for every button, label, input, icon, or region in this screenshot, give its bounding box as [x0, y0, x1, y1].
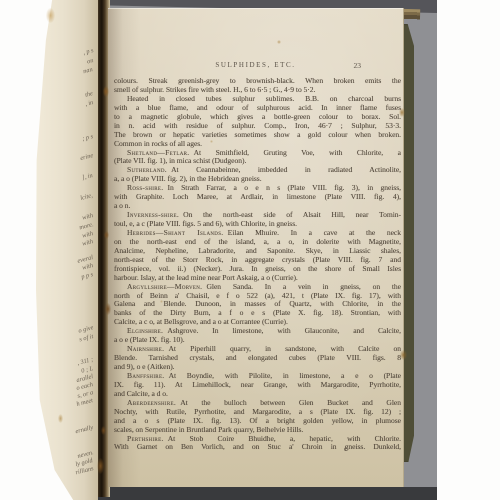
text-line: a o n. — [114, 202, 401, 211]
text-line: to a magnetic globule, which gives a bot… — [114, 113, 401, 122]
text-line: Hebrides—Shiant Islands. Eilan Mhuire. I… — [114, 229, 401, 238]
text-line: banks of the Dirty Burn, a f o e s (Plat… — [114, 309, 401, 318]
leaf-text-fragment: erine — [79, 152, 93, 162]
text-line: scales, on Serpentine in Bruntland Park … — [114, 426, 401, 435]
text-line: harbour. Islay, at the lead mine near Po… — [114, 274, 401, 283]
text-line: a o e (Plate IX. fig. 10). — [114, 336, 401, 345]
leaf-text-fragment: lcite, — [80, 192, 94, 202]
text-line: a, a o (Plate VIII. fig. 2), in the Hebr… — [114, 175, 401, 184]
foxing-spot — [160, 300, 163, 303]
turned-leaf: , p sonnanthe, in; p serine], inlcite,wi… — [36, 0, 98, 500]
text-line: Blende. Tarnished crystals, and elongate… — [114, 354, 401, 363]
text-line: Shetland—Fetlar. At Smithfield, Gruting … — [114, 149, 401, 158]
text-line: With Garnet on Ben Vorlich, and on Stuc … — [114, 443, 401, 452]
text-line: Galena and Blende. Dunoon, in masses of … — [114, 300, 401, 309]
signature-mark: c — [344, 445, 347, 453]
foxing-spot — [210, 140, 213, 143]
leaf-text-fragment: nan — [83, 66, 94, 75]
foxing-spot — [46, 8, 55, 23]
county-heading: Ross-shire. — [127, 184, 168, 192]
text-line: Inverness-shire. On the north-east side … — [114, 211, 401, 220]
text-line: on the north-east end of the island, a, … — [114, 238, 401, 247]
text-line: Ross-shire. In Strath Farrar, a o e n s … — [114, 184, 401, 193]
text-line: Banffshire. At Boyndie, with Pilolite, i… — [114, 372, 401, 381]
foxing-spot — [97, 458, 104, 474]
text-line: with Graphite. Loch Maree, at Ardlair, i… — [114, 193, 401, 202]
text-line: Perthshire. At Stob Coire Bhuidhe, a, he… — [114, 435, 401, 444]
county-heading: Shetland—Fetlar. — [127, 149, 194, 157]
text-line: and 9), o e (Aitken). — [114, 363, 401, 372]
page-number: 23 — [354, 61, 362, 70]
foxing-spot — [277, 40, 281, 44]
leaf-text-fragment: ; p s — [81, 133, 93, 142]
leaf-text-fragment: s of it — [78, 333, 93, 343]
text-line: and a o s (Plate IX. fig. 13). Of a brig… — [114, 417, 401, 426]
foxing-spot — [105, 303, 111, 315]
leaf-text-fragment: p p s — [80, 271, 93, 281]
county-heading: Banffshire. — [127, 372, 169, 380]
text-line: and Calcite, a d o. — [114, 390, 401, 399]
text-line: Calcite, a c o, at Bellsgrove, and a o a… — [114, 318, 401, 327]
leaf-text-fragment: ], in — [82, 172, 94, 181]
text-line: smell of sulphur. Strikes fire with stee… — [114, 86, 401, 95]
leaf-text-fragment: , p s — [82, 47, 94, 56]
county-heading: Nairnshire. — [127, 345, 168, 353]
text-line: Sutherland. At Ceannabeinne, imbedded in… — [114, 166, 401, 175]
county-heading: Perthshire. — [127, 435, 168, 443]
leaf-text-fragment: ernally — [75, 424, 94, 435]
text-line: Nairnshire. At Piperhill quarry, in sand… — [114, 345, 401, 354]
county-heading: Argyllshire—Morven. — [127, 283, 206, 291]
text-line: Analcime, Nepheline, Labradorite, and Sa… — [114, 247, 401, 256]
text-line: north-east of the Storr Rock, in aggrega… — [114, 256, 401, 265]
text-line: Heated in closed tubes sulphur sublimes.… — [114, 95, 401, 104]
text-line: The brown or hepatic varieties sometimes… — [114, 131, 401, 140]
text-line: with a blue flame, and odour of sulphuro… — [114, 104, 401, 113]
text-line: frontispiece, vol. ii.) (Necker). Jura. … — [114, 265, 401, 274]
county-heading: Inverness-shire. — [127, 211, 183, 219]
leaf-text-fragment: , in — [84, 99, 94, 108]
foxing-spot — [400, 350, 407, 360]
county-heading: Sutherland. — [127, 166, 171, 174]
text-line: Elginshire. Ashgrove. In limestone, with… — [114, 327, 401, 336]
backdrop-bottom-shadow — [94, 487, 437, 500]
text-line: Common in rocks of all ages. — [114, 140, 401, 149]
county-heading: Aberdeenshire. — [127, 399, 180, 407]
foxing-spot — [103, 86, 109, 97]
book-page: SULPHIDES, ETC. 23 colours. Streak green… — [108, 8, 404, 487]
foxing-spot — [101, 426, 106, 435]
turned-leaf-fragments: , p sonnanthe, in; p serine], inlcite,wi… — [36, 0, 98, 500]
text-line: colours. Streak greenish-grey to brownis… — [114, 77, 401, 86]
book-photo: SULPHIDES, ETC. 23 colours. Streak green… — [0, 0, 500, 500]
foxing-spot — [399, 108, 405, 117]
leaf-text-fragment: with — [81, 238, 93, 247]
text-line: in n. acid with residue of sulphur. Comp… — [114, 122, 401, 131]
leaf-text-fragment: the — [85, 90, 94, 99]
text-line: (Plate VII. fig. 1), in mica schist (Dud… — [114, 157, 401, 166]
foxing-spot — [104, 231, 109, 239]
text-block: colours. Streak greenish-grey to brownis… — [114, 77, 401, 452]
text-line: Aberdeenshire. At the bulloch between Gl… — [114, 399, 401, 408]
county-heading: Elginshire. — [127, 327, 167, 335]
foxing-spot — [58, 414, 63, 423]
leaf-text-fragment: on — [86, 57, 94, 65]
text-line: Nochty, with Rutile, Pyrrhotite, and Mar… — [114, 408, 401, 417]
county-heading: Hebrides—Shiant Islands. — [127, 229, 228, 237]
text-line: north of Beinn a' Chaisil, e f o 522 (a)… — [114, 292, 401, 301]
text-line: toul, e, a c (Plate VIII. figs. 5 and 6)… — [114, 220, 401, 229]
text-line: IX. fig. 11). At Limehillock, near Grang… — [114, 381, 401, 390]
text-line: Argyllshire—Morven. Glen Sanda. In a vei… — [114, 283, 401, 292]
